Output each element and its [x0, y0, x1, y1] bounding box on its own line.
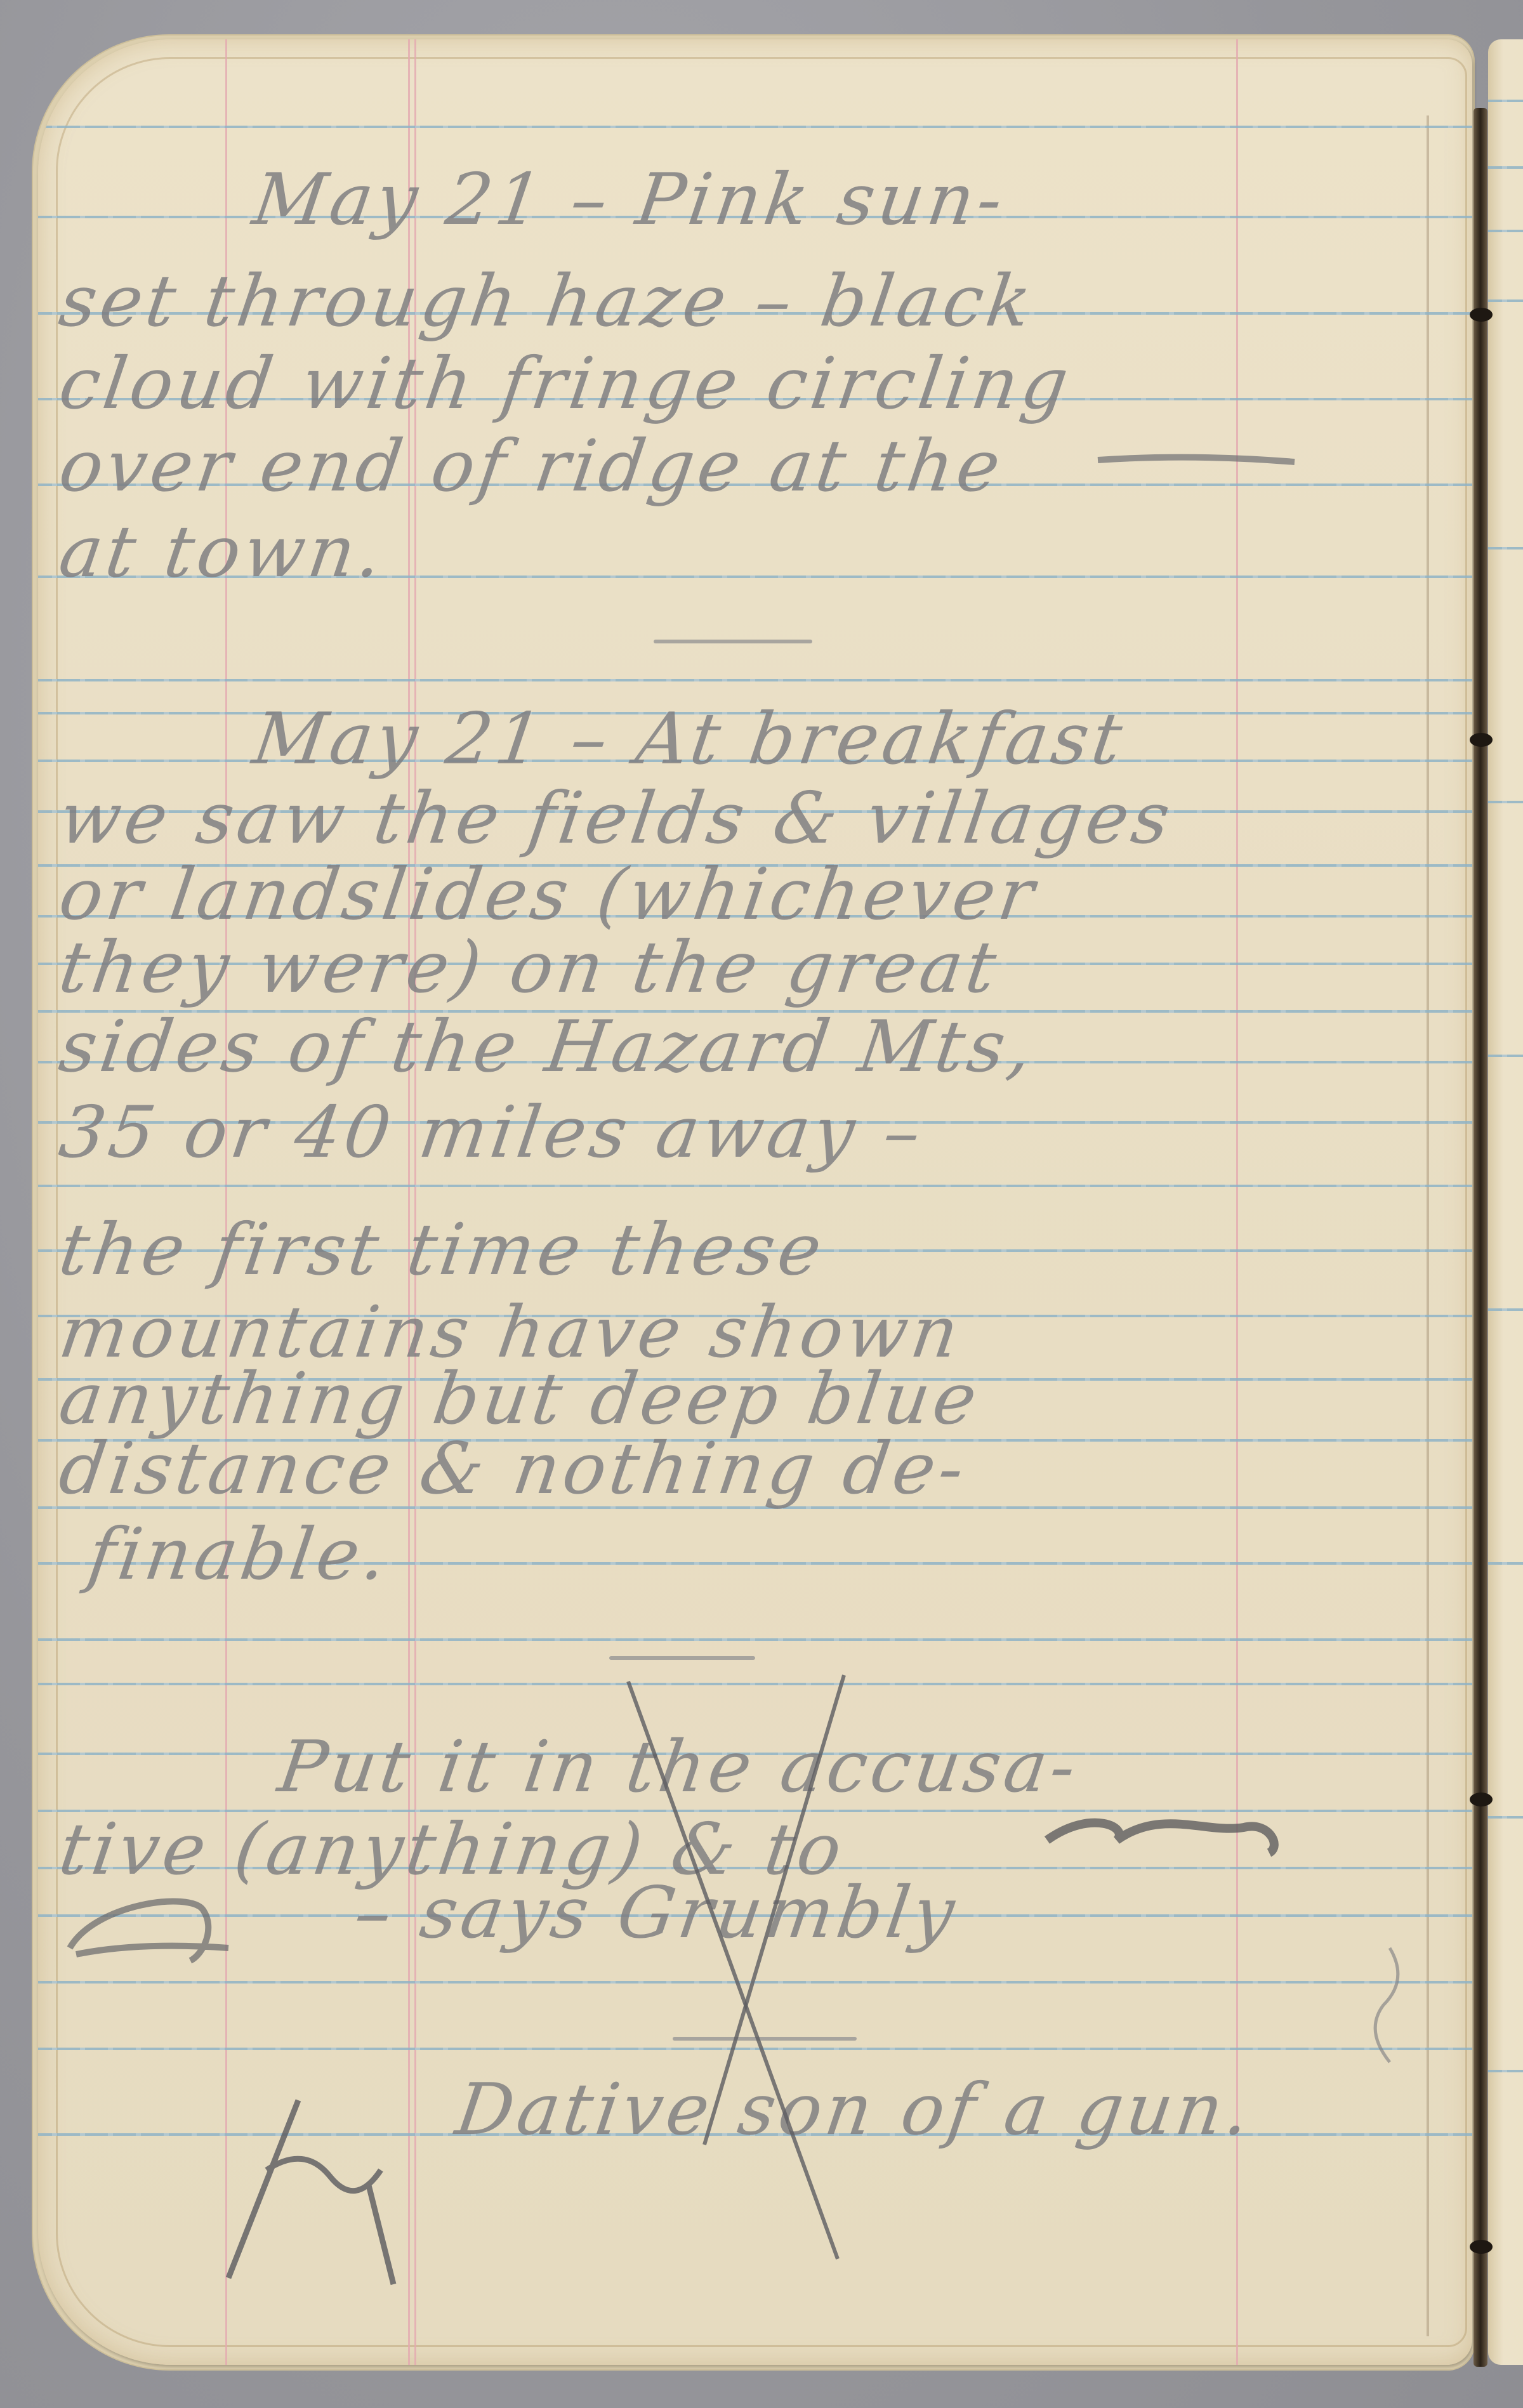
- pencil-marks: [0, 0, 1523, 2408]
